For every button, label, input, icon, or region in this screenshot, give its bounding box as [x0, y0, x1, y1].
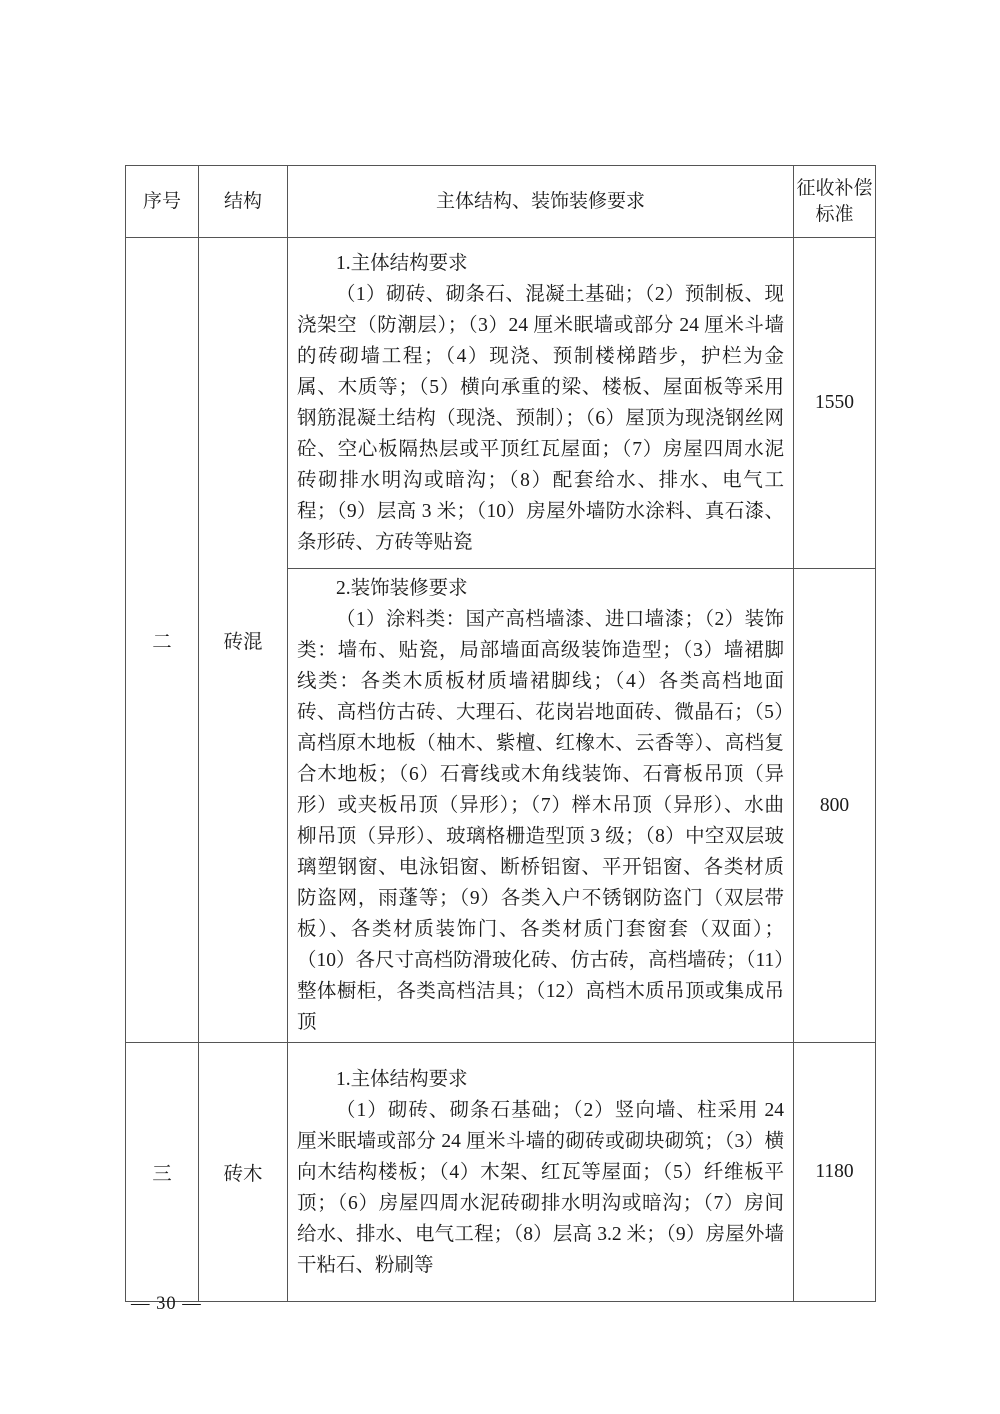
section-title: 1.主体结构要求	[297, 248, 784, 279]
table-row: 二 砖混 1.主体结构要求 （1）砌砖、砌条石、混凝土基础；（2）预制板、现浇架…	[126, 238, 876, 569]
structure-cell: 砖混	[199, 238, 288, 1043]
requirements-cell: 2.装饰装修要求 （1）涂料类：国产高档墙漆、进口墙漆；（2）装饰类：墙布、贴瓷…	[288, 569, 794, 1043]
serial-number-cell: 三	[126, 1043, 199, 1302]
section-body: （1）涂料类：国产高档墙漆、进口墙漆；（2）装饰类：墙布、贴瓷，局部墙面高级装饰…	[297, 604, 784, 1038]
table-header-row: 序号 结构 主体结构、装饰装修要求 征收补偿标准	[126, 166, 876, 238]
requirements-cell: 1.主体结构要求 （1）砌砖、砌条石、混凝土基础；（2）预制板、现浇架空（防潮层…	[288, 238, 794, 569]
table-row: 三 砖木 1.主体结构要求 （1）砌砖、砌条石基础；（2）竖向墙、柱采用 24 …	[126, 1043, 876, 1302]
compensation-standard-value: 800	[794, 569, 876, 1043]
column-header-serial-number: 序号	[126, 166, 199, 238]
section-body: （1）砌砖、砌条石、混凝土基础；（2）预制板、现浇架空（防潮层）；（3）24 厘…	[297, 279, 784, 558]
page-number: — 30 —	[131, 1294, 202, 1315]
section-title: 1.主体结构要求	[297, 1064, 784, 1095]
section-body: （1）砌砖、砌条石基础；（2）竖向墙、柱采用 24 厘米眠墙或部分 24 厘米斗…	[297, 1095, 784, 1281]
compensation-standards-table: 序号 结构 主体结构、装饰装修要求 征收补偿标准 二 砖混 1.主体结构要求 （…	[125, 165, 876, 1302]
structure-cell: 砖木	[199, 1043, 288, 1302]
compensation-standard-value: 1550	[794, 238, 876, 569]
column-header-compensation-standard: 征收补偿标准	[794, 166, 876, 238]
document-page: 序号 结构 主体结构、装饰装修要求 征收补偿标准 二 砖混 1.主体结构要求 （…	[0, 0, 1000, 1414]
column-header-structure: 结构	[199, 166, 288, 238]
serial-number-cell: 二	[126, 238, 199, 1043]
column-header-requirements: 主体结构、装饰装修要求	[288, 166, 794, 238]
compensation-standard-value: 1180	[794, 1043, 876, 1302]
section-title: 2.装饰装修要求	[297, 573, 784, 604]
requirements-cell: 1.主体结构要求 （1）砌砖、砌条石基础；（2）竖向墙、柱采用 24 厘米眠墙或…	[288, 1043, 794, 1302]
